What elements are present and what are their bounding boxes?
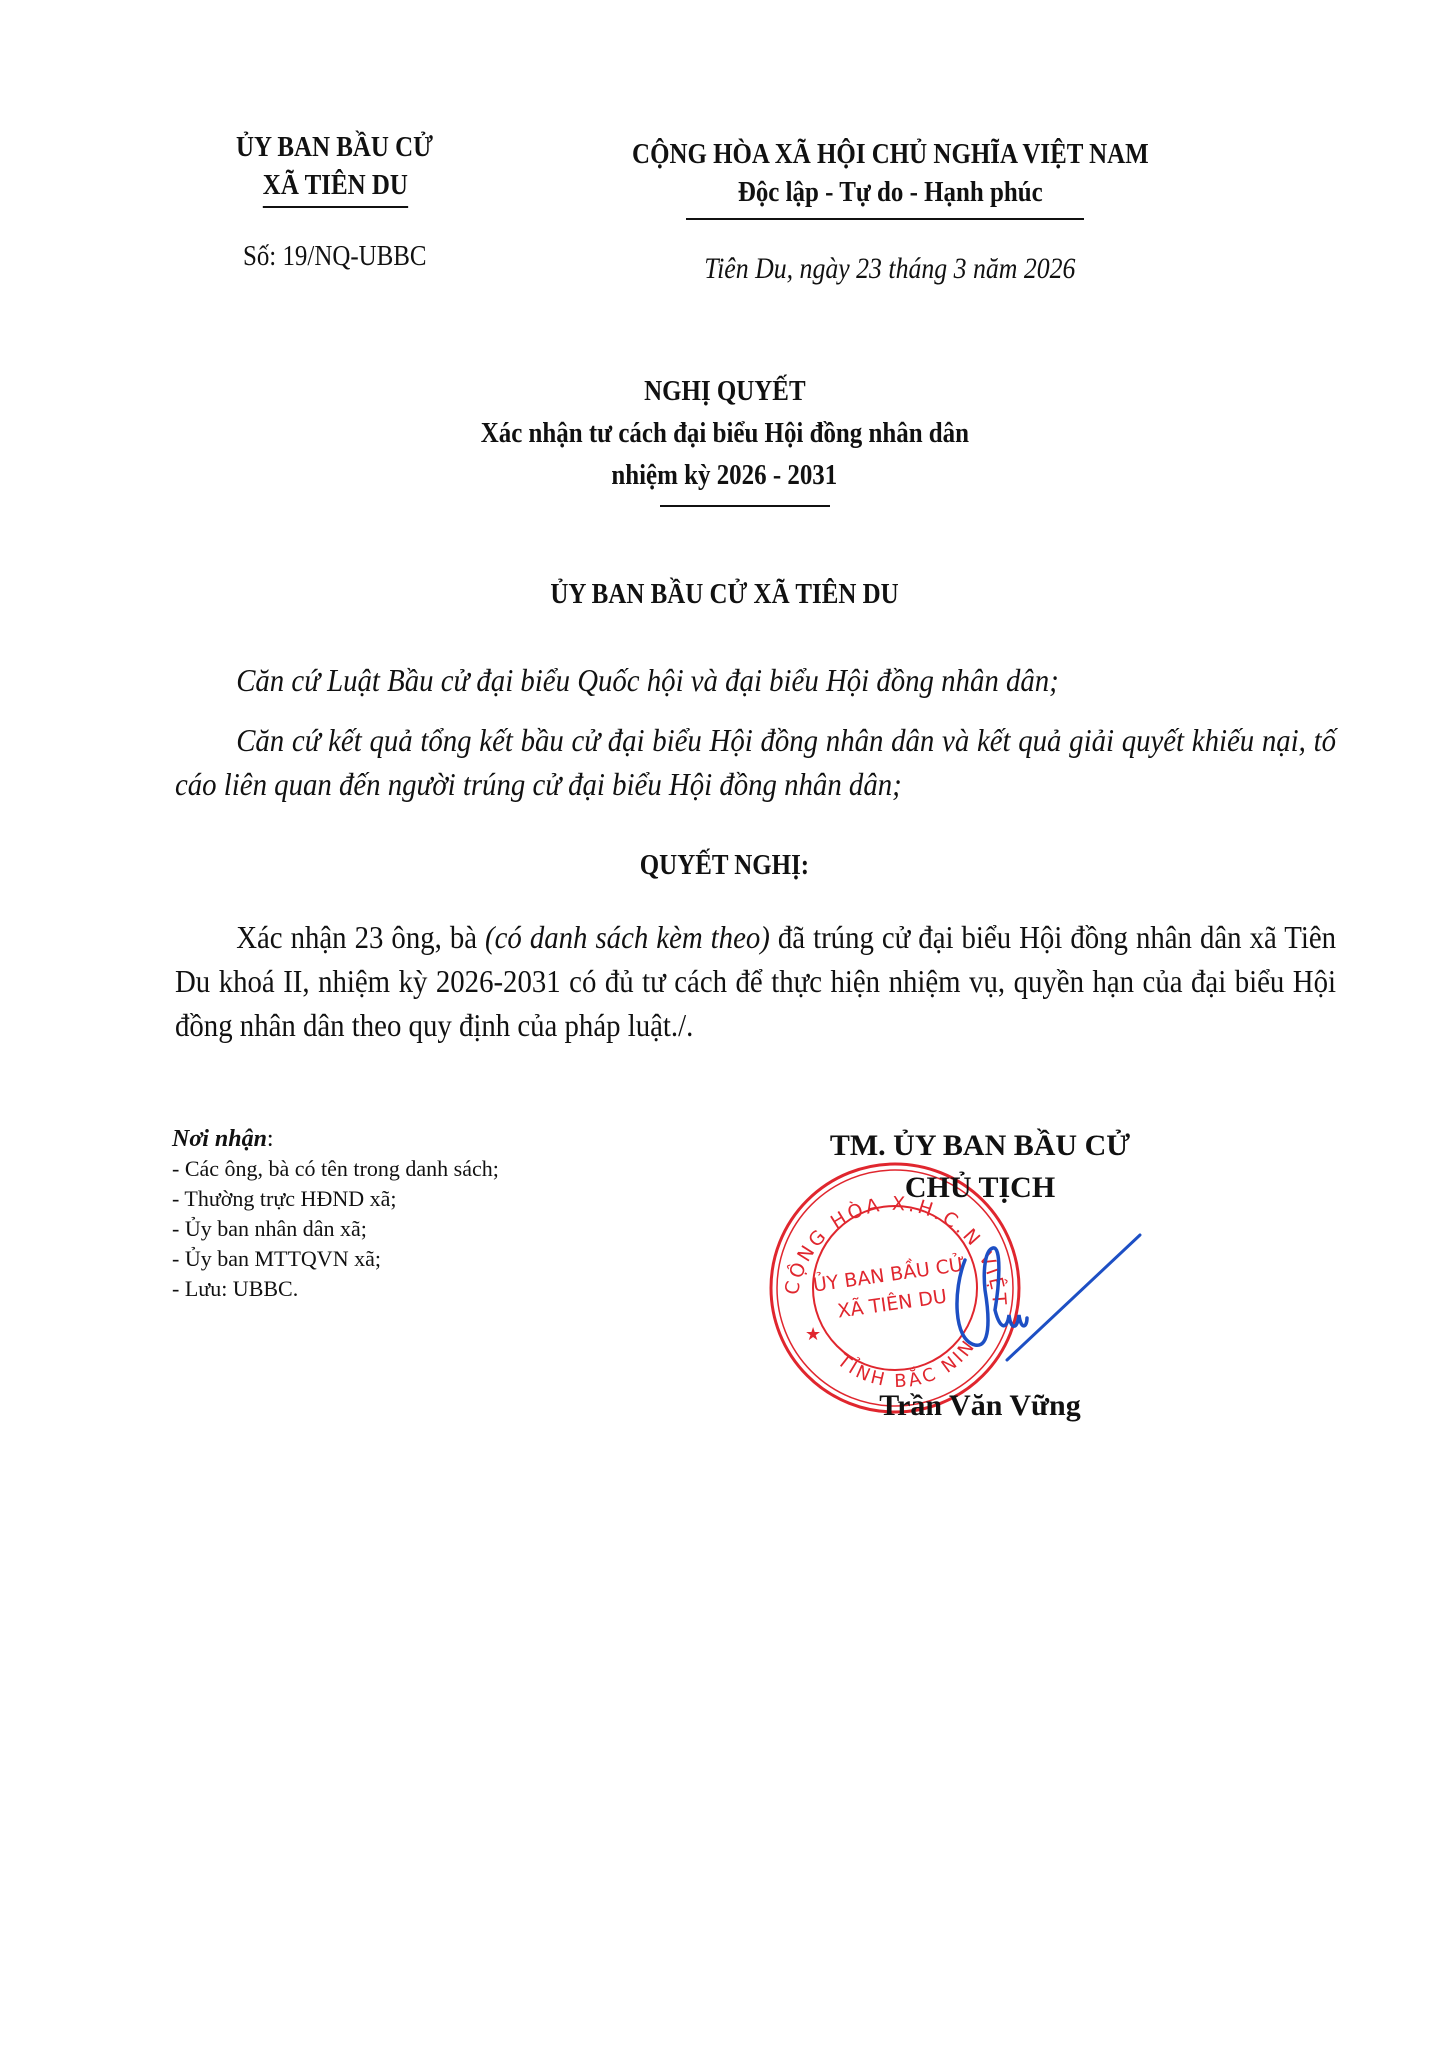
place-date: Tiên Du, ngày 23 tháng 3 năm 2026 <box>704 252 1075 286</box>
recipient-item: - Lưu: UBBC. <box>172 1274 652 1304</box>
issuer-line2: XÃ TIÊN DU <box>262 166 407 208</box>
nation-line2: Độc lập - Tự do - Hạnh phúc <box>738 173 1043 211</box>
authority: ỦY BAN BẦU CỬ XÃ TIÊN DU <box>550 575 898 613</box>
nation-line1: CỘNG HÒA XÃ HỘI CHỦ NGHĨA VIỆT NAM <box>632 135 1149 173</box>
recipient-item: - Ủy ban MTTQVN xã; <box>172 1244 652 1274</box>
resolution-heading: QUYẾT NGHỊ: <box>640 846 809 884</box>
recipients-block: Nơi nhận: - Các ông, bà có tên trong dan… <box>172 1124 652 1304</box>
resolution-text: Xác nhận 23 ông, bà (có danh sách kèm th… <box>175 915 1336 1047</box>
preamble-item: Căn cứ Luật Bầu cử đại biểu Quốc hội và … <box>175 658 1219 702</box>
signer-name: Trần Văn Vững <box>770 1385 1190 1427</box>
doc-number-block: Số: 19/NQ-UBBC <box>190 240 480 273</box>
recipient-item: - Ủy ban nhân dân xã; <box>172 1214 652 1244</box>
title-underline <box>660 505 830 507</box>
issuer-line1: ỦY BAN BẦU CỬ <box>237 128 434 166</box>
doc-type: NGHỊ QUYẾT <box>644 370 805 412</box>
subject-line2: nhiệm kỳ 2026 - 2031 <box>612 454 838 496</box>
signer-name-block: Trần Văn Vững <box>770 1385 1190 1427</box>
on-behalf: TM. ỦY BAN BẦU CỬ <box>770 1125 1190 1167</box>
recipient-item: - Các ông, bà có tên trong danh sách; <box>172 1154 652 1184</box>
handwritten-signature <box>945 1220 1145 1380</box>
recipients-label: Nơi nhận <box>172 1126 267 1152</box>
resolution-heading-block: QUYẾT NGHỊ: <box>0 846 1449 884</box>
resolution-text-before: Xác nhận 23 ông, bà <box>236 919 485 955</box>
place-date-block: Tiên Du, ngày 23 tháng 3 năm 2026 <box>540 252 1240 286</box>
resolution-text-italic: (có danh sách kèm theo) <box>485 919 770 955</box>
star-icon: ★ <box>805 1324 821 1345</box>
title-block: NGHỊ QUYẾT Xác nhận tư cách đại biểu Hội… <box>0 370 1449 496</box>
recipient-item: - Thường trực HĐND xã; <box>172 1184 652 1214</box>
doc-number: Số: 19/NQ-UBBC <box>243 240 427 273</box>
subject-line1: Xác nhận tư cách đại biểu Hội đồng nhân … <box>480 412 968 454</box>
authority-block: ỦY BAN BẦU CỬ XÃ TIÊN DU <box>0 575 1449 613</box>
nation-block: CỘNG HÒA XÃ HỘI CHỦ NGHĨA VIỆT NAM Độc l… <box>540 135 1240 211</box>
issuer-block: ỦY BAN BẦU CỬ XÃ TIÊN DU <box>190 128 480 208</box>
position: CHỦ TỊCH <box>770 1167 1190 1209</box>
preamble-item: Căn cứ kết quả tổng kết bầu cử đại biểu … <box>175 718 1336 806</box>
motto-underline <box>686 218 1084 220</box>
preamble: Căn cứ Luật Bầu cử đại biểu Quốc hội và … <box>175 658 1335 806</box>
signature-block: TM. ỦY BAN BẦU CỬ CHỦ TỊCH <box>770 1125 1190 1209</box>
